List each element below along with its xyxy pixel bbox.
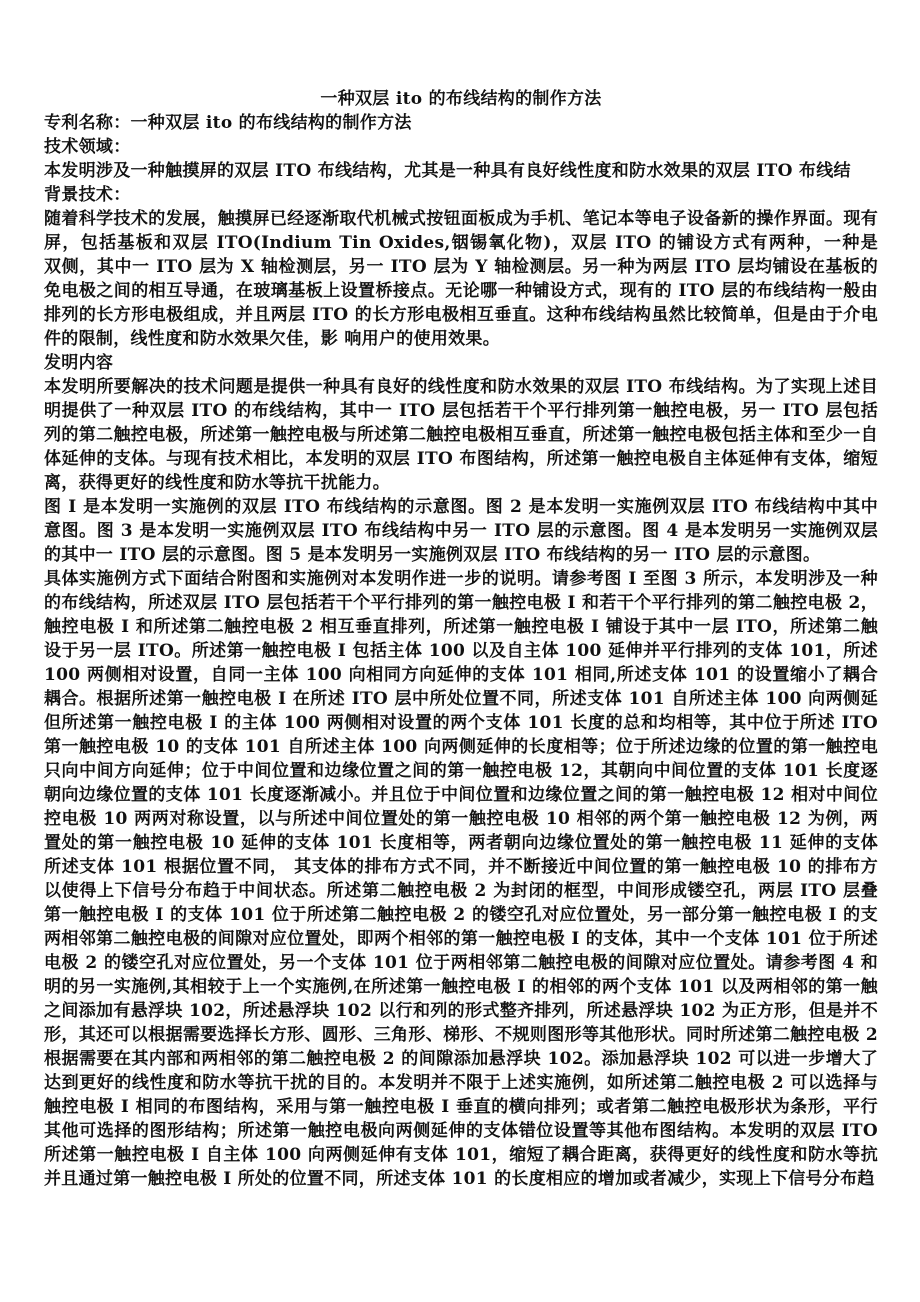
text-line: 两相邻第二触控电极的间隙对应位置处，即两个相邻的第一触控电极 I 的支体，其中一… [44, 927, 878, 951]
text-line: 技术领域： [44, 135, 878, 159]
text-line: 排列的长方形电极组成，并且两层 ITO 的长方形电极相互垂直。这种布线结构虽然比… [44, 303, 878, 327]
text-line: 只向中间方向延伸；位于中间位置和边缘位置之间的第一触控电极 12，其朝向中间位置… [44, 759, 878, 783]
text-line: 双侧，其中一 ITO 层为 X 轴检测层，另一 ITO 层为 Y 轴检测层。另一… [44, 255, 878, 279]
text-line: 发明内容 [44, 351, 878, 375]
text-line: 置处的第一触控电极 10 延伸的支体 101 长度相等，两者朝向边缘位置处的第一… [44, 831, 878, 855]
text-line: 本发明涉及一种触摸屏的双层 ITO 布线结构，尤其是一种具有良好线性度和防水效果… [44, 159, 878, 183]
text-line: 触控电极 I 和所述第二触控电极 2 相互垂直排列，所述第一触控电极 I 铺设于… [44, 615, 878, 639]
patent-document-page: 一种双层 ito 的布线结构的制作方法 专利名称：一种双层 ito 的布线结构的… [0, 0, 920, 1302]
text-line: 本发明所要解决的技术问题是提供一种具有良好的线性度和防水效果的双层 ITO 布线… [44, 375, 878, 399]
text-line: 随着科学技术的发展，触摸屏已经逐渐取代机械式按钮面板成为手机、笔记本等电子设备新… [44, 207, 878, 231]
text-line: 其他可选择的图形结构；所述第一触控电极向两侧延伸的支体错位设置等其他布图结构。本… [44, 1119, 878, 1143]
text-line: 第一触控电极 I 的支体 101 位于所述第二触控电极 2 的镂空孔对应位置处，… [44, 903, 878, 927]
document-title: 一种双层 ito 的布线结构的制作方法 [44, 87, 878, 111]
text-line: 控电极 10 两两对称设置，以与所述中间位置处的第一触控电极 10 相邻的两个第… [44, 807, 878, 831]
text-line: 所述第一触控电极 I 自主体 100 向两侧延伸有支体 101，缩短了耦合距离，… [44, 1143, 878, 1167]
text-line: 100 两侧相对设置，自同一主体 100 向相同方向延伸的支体 101 相同,所… [44, 663, 878, 687]
text-line: 背景技术： [44, 183, 878, 207]
text-line: 专利名称：一种双层 ito 的布线结构的制作方法 [44, 111, 878, 135]
text-line: 形，其还可以根据需要选择长方形、圆形、三角形、梯形、不规则图形等其他形状。同时所… [44, 1023, 878, 1047]
text-line: 电极 2 的镂空孔对应位置处，另一个支体 101 位于两相邻第二触控电极的间隙对… [44, 951, 878, 975]
text-line: 朝向边缘位置的支体 101 长度逐渐减小。并且位于中间位置和边缘位置之间的第一触… [44, 783, 878, 807]
text-line: 的布线结构，所述双层 ITO 层包括若干个平行排列的第一触控电极 I 和若干个平… [44, 591, 878, 615]
text-line: 体延伸的支体。与现有技术相比，本发明的双层 ITO 布图结构，所述第一触控电极自… [44, 447, 878, 471]
text-line: 列的第二触控电极，所述第一触控电极与所述第二触控电极相互垂直，所述第一触控电极包… [44, 423, 878, 447]
text-line: 根据需要在其内部和两相邻的第二触控电极 2 的间隙添加悬浮块 102。添加悬浮块… [44, 1047, 878, 1071]
text-line: 免电极之间的相互导通，在玻璃基板上设置桥接点。无论哪一种铺设方式，现有的 ITO… [44, 279, 878, 303]
text-line: 以使得上下信号分布趋于中间状态。所述第二触控电极 2 为封闭的框型，中间形成镂空… [44, 879, 878, 903]
text-line: 明提供了一种双层 ITO 的布线结构，其中一 ITO 层包括若干个平行排列第一触… [44, 399, 878, 423]
text-line: 设于另一层 ITO。所述第一触控电极 I 包括主体 100 以及自主体 100 … [44, 639, 878, 663]
text-line: 第一触控电极 10 的支体 101 自所述主体 100 向两侧延伸的长度相等；位… [44, 735, 878, 759]
text-line: 但所述第一触控电极 I 的主体 100 两侧相对设置的两个支体 101 长度的总… [44, 711, 878, 735]
document-body: 专利名称：一种双层 ito 的布线结构的制作方法技术领域：本发明涉及一种触摸屏的… [44, 111, 878, 1191]
text-line: 并且通过第一触控电极 I 所处的位置不同，所述支体 101 的长度相应的增加或者… [44, 1167, 878, 1191]
text-line: 耦合。根据所述第一触控电极 I 在所述 ITO 层中所处位置不同，所述支体 10… [44, 687, 878, 711]
text-line: 具体实施例方式下面结合附图和实施例对本发明作进一步的说明。请参考图 I 至图 3… [44, 567, 878, 591]
text-line: 触控电极 I 相同的布图结构，采用与第一触控电极 I 垂直的横向排列；或者第二触… [44, 1095, 878, 1119]
text-line: 件的限制，线性度和防水效果欠佳，影 响用户的使用效果。 [44, 327, 878, 351]
text-line: 明的另一实施例,其相较于上一个实施例,在所述第一触控电极 I 的相邻的两个支体 … [44, 975, 878, 999]
text-line: 屏，包括基板和双层 ITO(Indium Tin Oxides,铟锡氧化物)，双… [44, 231, 878, 255]
text-line: 离，获得更好的线性度和防水等抗干扰能力。 [44, 471, 878, 495]
text-line: 的其中一 ITO 层的示意图。图 5 是本发明另一实施例双层 ITO 布线结构的… [44, 543, 878, 567]
text-line: 达到更好的线性度和防水等抗干扰的目的。本发明并不限于上述实施例，如所述第二触控电… [44, 1071, 878, 1095]
text-line: 所述支体 101 根据位置不同， 其支体的排布方式不同，并不断接近中间位置的第一… [44, 855, 878, 879]
text-line: 之间添加有悬浮块 102，所述悬浮块 102 以行和列的形式整齐排列，所述悬浮块… [44, 999, 878, 1023]
text-line: 意图。图 3 是本发明一实施例双层 ITO 布线结构中另一 ITO 层的示意图。… [44, 519, 878, 543]
text-line: 图 I 是本发明一实施例的双层 ITO 布线结构的示意图。图 2 是本发明一实施… [44, 495, 878, 519]
